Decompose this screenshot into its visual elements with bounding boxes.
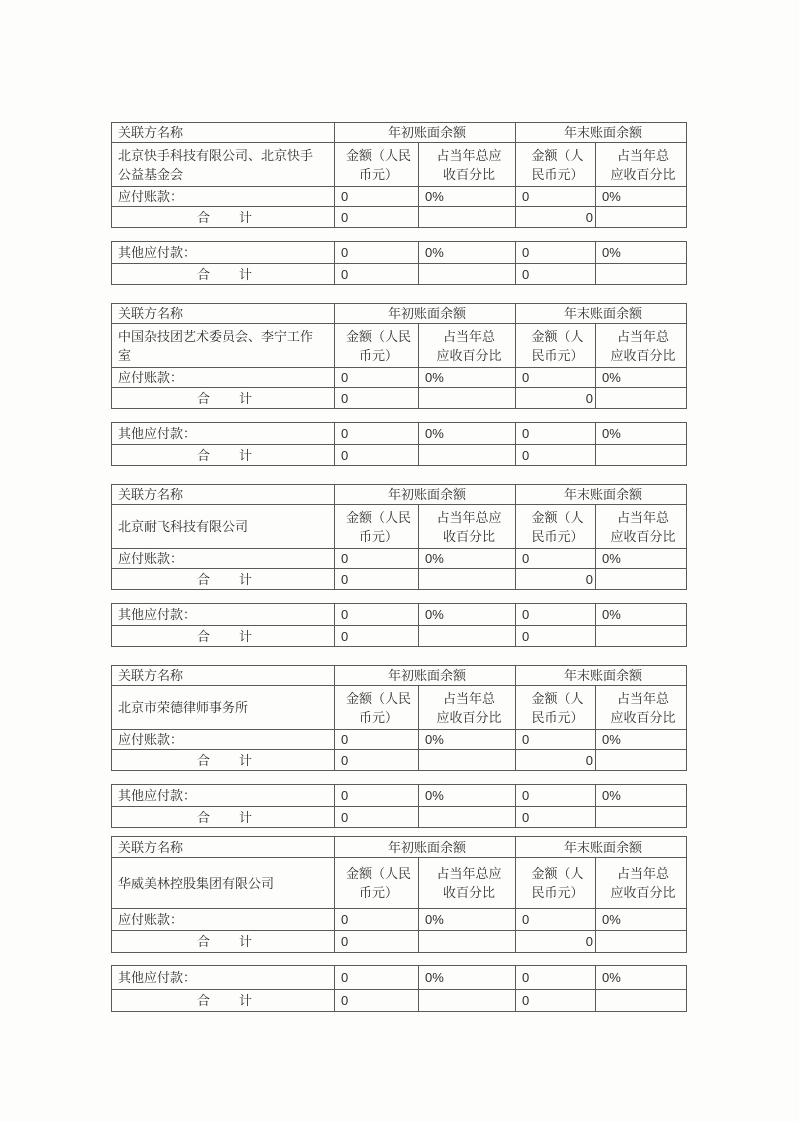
- total-label: 合 计: [112, 207, 335, 228]
- company-name: 北京市荣德律师事务所: [112, 686, 335, 730]
- ending-balance-header: 年末账面余额: [516, 123, 687, 143]
- accounts-payable-label: 应付账款：: [112, 368, 335, 388]
- other-payables-sub-table: 其他应付款： 0 0% 0 0% 合 计 0 0: [111, 965, 687, 1012]
- company-name: 北京耐飞科技有限公司: [112, 505, 335, 549]
- other-payables-end-percent: 0%: [596, 423, 687, 445]
- accounts-payable-total-end-amount: 0: [516, 569, 596, 590]
- ending-balance-header: 年末账面余额: [516, 485, 687, 505]
- begin-amount-column-header: 金额（人民 币元）: [335, 143, 419, 187]
- other-payables-begin-amount: 0: [335, 242, 419, 264]
- accounts-payable-row: 应付账款： 0 0% 0 0%: [112, 187, 687, 207]
- other-payables-total-end-amount: 0: [516, 626, 596, 647]
- accounts-payable-end-percent: 0%: [596, 187, 687, 207]
- accounts-payable-total-end-amount: 0: [516, 388, 596, 409]
- end-percent-column-header: 占当年总 应收百分比: [596, 505, 687, 549]
- empty-cell: [596, 445, 687, 466]
- other-payables-end-amount: 0: [516, 242, 596, 264]
- header-row-2: 中国杂技团艺术委员会、李宁工作 室 金额（人民 币元） 占当年总 应收百分比 金…: [112, 324, 687, 368]
- header-row-1: 关联方名称 年初账面余额 年末账面余额: [112, 837, 687, 858]
- total-label: 合 计: [112, 807, 335, 828]
- empty-cell: [596, 990, 687, 1012]
- begin-amount-column-header: 金额（人民 币元）: [335, 858, 419, 909]
- other-payables-begin-percent: 0%: [419, 604, 516, 626]
- accounts-payable-begin-amount: 0: [335, 549, 419, 569]
- total-label: 合 计: [112, 990, 335, 1012]
- other-payables-total-end-amount: 0: [516, 445, 596, 466]
- accounts-payable-total-end-amount: 0: [516, 750, 596, 771]
- accounts-payable-total-begin-amount: 0: [335, 569, 419, 590]
- other-payables-end-percent: 0%: [596, 604, 687, 626]
- other-payables-total-row: 合 计 0 0: [112, 626, 687, 647]
- accounts-payable-begin-amount: 0: [335, 187, 419, 207]
- accounts-payable-total-begin-amount: 0: [335, 388, 419, 409]
- end-percent-column-header: 占当年总 应收百分比: [596, 324, 687, 368]
- other-payables-total-begin-amount: 0: [335, 445, 419, 466]
- other-payables-row: 其他应付款： 0 0% 0 0%: [112, 604, 687, 626]
- ending-balance-header: 年末账面余额: [516, 666, 687, 686]
- other-payables-label: 其他应付款：: [112, 423, 335, 445]
- empty-cell: [419, 445, 516, 466]
- related-party-main-table: 关联方名称 年初账面余额 年末账面余额 北京快手科技有限公司、北京快手 公益基金…: [111, 122, 687, 228]
- empty-cell: [596, 388, 687, 409]
- begin-amount-column-header: 金额（人民 币元）: [335, 505, 419, 549]
- other-payables-total-end-amount: 0: [516, 807, 596, 828]
- accounts-payable-begin-percent: 0%: [419, 368, 516, 388]
- end-amount-column-header: 金额（人 民币元）: [516, 686, 596, 730]
- empty-cell: [419, 931, 516, 953]
- other-payables-row: 其他应付款： 0 0% 0 0%: [112, 966, 687, 990]
- empty-cell: [419, 750, 516, 771]
- other-payables-begin-amount: 0: [335, 423, 419, 445]
- accounts-payable-total-begin-amount: 0: [335, 931, 419, 953]
- empty-cell: [596, 807, 687, 828]
- total-label: 合 计: [112, 750, 335, 771]
- header-row-1: 关联方名称 年初账面余额 年末账面余额: [112, 123, 687, 143]
- end-amount-column-header: 金额（人 民币元）: [516, 505, 596, 549]
- accounts-payable-total-row: 合 计 0 0: [112, 931, 687, 953]
- accounts-payable-begin-amount: 0: [335, 909, 419, 931]
- begin-percent-column-header: 占当年总 应收百分比: [419, 686, 516, 730]
- accounts-payable-end-percent: 0%: [596, 730, 687, 750]
- empty-cell: [419, 207, 516, 228]
- other-payables-row: 其他应付款： 0 0% 0 0%: [112, 785, 687, 807]
- accounts-payable-row: 应付账款： 0 0% 0 0%: [112, 368, 687, 388]
- end-percent-column-header: 占当年总 应收百分比: [596, 686, 687, 730]
- accounts-payable-total-begin-amount: 0: [335, 750, 419, 771]
- end-amount-column-header: 金额（人 民币元）: [516, 324, 596, 368]
- beginning-balance-header: 年初账面余额: [335, 666, 516, 686]
- begin-percent-column-header: 占当年总应 收百分比: [419, 143, 516, 187]
- header-row-2: 北京耐飞科技有限公司 金额（人民 币元） 占当年总应 收百分比 金额（人 民币元…: [112, 505, 687, 549]
- other-payables-total-begin-amount: 0: [335, 807, 419, 828]
- other-payables-total-begin-amount: 0: [335, 626, 419, 647]
- related-party-main-table: 关联方名称 年初账面余额 年末账面余额 北京市荣德律师事务所 金额（人民 币元）…: [111, 665, 687, 771]
- related-party-main-table: 关联方名称 年初账面余额 年末账面余额 北京耐飞科技有限公司 金额（人民 币元）…: [111, 484, 687, 590]
- header-row-2: 北京市荣德律师事务所 金额（人民 币元） 占当年总 应收百分比 金额（人 民币元…: [112, 686, 687, 730]
- other-payables-total-begin-amount: 0: [335, 264, 419, 285]
- empty-cell: [596, 207, 687, 228]
- empty-cell: [419, 626, 516, 647]
- begin-percent-column-header: 占当年总应 收百分比: [419, 505, 516, 549]
- other-payables-total-row: 合 计 0 0: [112, 990, 687, 1012]
- total-label: 合 计: [112, 569, 335, 590]
- accounts-payable-end-percent: 0%: [596, 909, 687, 931]
- other-payables-end-amount: 0: [516, 785, 596, 807]
- other-payables-total-row: 合 计 0 0: [112, 445, 687, 466]
- other-payables-end-amount: 0: [516, 423, 596, 445]
- other-payables-end-percent: 0%: [596, 242, 687, 264]
- empty-cell: [419, 807, 516, 828]
- accounts-payable-row: 应付账款： 0 0% 0 0%: [112, 909, 687, 931]
- total-label: 合 计: [112, 931, 335, 953]
- other-payables-total-row: 合 计 0 0: [112, 807, 687, 828]
- empty-cell: [596, 931, 687, 953]
- other-payables-total-end-amount: 0: [516, 264, 596, 285]
- other-payables-total-begin-amount: 0: [335, 990, 419, 1012]
- begin-amount-column-header: 金额（人民 币元）: [335, 686, 419, 730]
- header-row-2: 华威美林控股集团有限公司 金额（人民 币元） 占当年总应 收百分比 金额（人 民…: [112, 858, 687, 909]
- other-payables-begin-percent: 0%: [419, 966, 516, 990]
- total-label: 合 计: [112, 445, 335, 466]
- related-party-block: 关联方名称 年初账面余额 年末账面余额 华威美林控股集团有限公司 金额（人民 币…: [111, 836, 686, 1012]
- related-party-name-label: 关联方名称: [112, 485, 335, 505]
- other-payables-label: 其他应付款：: [112, 242, 335, 264]
- accounts-payable-end-amount: 0: [516, 187, 596, 207]
- other-payables-begin-amount: 0: [335, 785, 419, 807]
- related-party-name-label: 关联方名称: [112, 304, 335, 324]
- accounts-payable-begin-percent: 0%: [419, 909, 516, 931]
- begin-percent-column-header: 占当年总 应收百分比: [419, 324, 516, 368]
- other-payables-end-amount: 0: [516, 966, 596, 990]
- other-payables-row: 其他应付款： 0 0% 0 0%: [112, 423, 687, 445]
- other-payables-end-percent: 0%: [596, 966, 687, 990]
- accounts-payable-total-end-amount: 0: [516, 207, 596, 228]
- other-payables-row: 其他应付款： 0 0% 0 0%: [112, 242, 687, 264]
- accounts-payable-end-percent: 0%: [596, 549, 687, 569]
- accounts-payable-label: 应付账款：: [112, 730, 335, 750]
- other-payables-sub-table: 其他应付款： 0 0% 0 0% 合 计 0 0: [111, 241, 687, 285]
- end-amount-column-header: 金额（人 民币元）: [516, 143, 596, 187]
- related-party-block: 关联方名称 年初账面余额 年末账面余额 北京市荣德律师事务所 金额（人民 币元）…: [111, 665, 686, 828]
- related-party-name-label: 关联方名称: [112, 666, 335, 686]
- accounts-payable-begin-percent: 0%: [419, 549, 516, 569]
- accounts-payable-row: 应付账款： 0 0% 0 0%: [112, 549, 687, 569]
- empty-cell: [419, 569, 516, 590]
- total-label: 合 计: [112, 264, 335, 285]
- accounts-payable-end-amount: 0: [516, 909, 596, 931]
- other-payables-begin-percent: 0%: [419, 423, 516, 445]
- accounts-payable-total-row: 合 计 0 0: [112, 207, 687, 228]
- beginning-balance-header: 年初账面余额: [335, 837, 516, 858]
- empty-cell: [419, 990, 516, 1012]
- related-party-block: 关联方名称 年初账面余额 年末账面余额 中国杂技团艺术委员会、李宁工作 室 金额…: [111, 303, 686, 466]
- accounts-payable-label: 应付账款：: [112, 187, 335, 207]
- beginning-balance-header: 年初账面余额: [335, 485, 516, 505]
- end-amount-column-header: 金额（人 民币元）: [516, 858, 596, 909]
- empty-cell: [596, 569, 687, 590]
- other-payables-label: 其他应付款：: [112, 604, 335, 626]
- related-party-block: 关联方名称 年初账面余额 年末账面余额 北京快手科技有限公司、北京快手 公益基金…: [111, 122, 686, 285]
- header-row-1: 关联方名称 年初账面余额 年末账面余额: [112, 485, 687, 505]
- header-row-1: 关联方名称 年初账面余额 年末账面余额: [112, 304, 687, 324]
- company-name: 北京快手科技有限公司、北京快手 公益基金会: [112, 143, 335, 187]
- header-row-1: 关联方名称 年初账面余额 年末账面余额: [112, 666, 687, 686]
- other-payables-begin-percent: 0%: [419, 242, 516, 264]
- beginning-balance-header: 年初账面余额: [335, 123, 516, 143]
- begin-amount-column-header: 金额（人民 币元）: [335, 324, 419, 368]
- beginning-balance-header: 年初账面余额: [335, 304, 516, 324]
- accounts-payable-end-amount: 0: [516, 549, 596, 569]
- other-payables-sub-table: 其他应付款： 0 0% 0 0% 合 计 0 0: [111, 422, 687, 466]
- other-payables-begin-amount: 0: [335, 966, 419, 990]
- company-name: 中国杂技团艺术委员会、李宁工作 室: [112, 324, 335, 368]
- related-party-name-label: 关联方名称: [112, 837, 335, 858]
- begin-percent-column-header: 占当年总应 收百分比: [419, 858, 516, 909]
- related-party-name-label: 关联方名称: [112, 123, 335, 143]
- empty-cell: [596, 626, 687, 647]
- related-party-main-table: 关联方名称 年初账面余额 年末账面余额 华威美林控股集团有限公司 金额（人民 币…: [111, 836, 687, 953]
- ending-balance-header: 年末账面余额: [516, 304, 687, 324]
- total-label: 合 计: [112, 626, 335, 647]
- empty-cell: [419, 264, 516, 285]
- empty-cell: [596, 264, 687, 285]
- empty-cell: [596, 750, 687, 771]
- other-payables-sub-table: 其他应付款： 0 0% 0 0% 合 计 0 0: [111, 784, 687, 828]
- other-payables-label: 其他应付款：: [112, 785, 335, 807]
- accounts-payable-total-row: 合 计 0 0: [112, 388, 687, 409]
- accounts-payable-total-begin-amount: 0: [335, 207, 419, 228]
- end-percent-column-header: 占当年总 应收百分比: [596, 858, 687, 909]
- accounts-payable-total-row: 合 计 0 0: [112, 569, 687, 590]
- company-name: 华威美林控股集团有限公司: [112, 858, 335, 909]
- other-payables-total-end-amount: 0: [516, 990, 596, 1012]
- other-payables-end-percent: 0%: [596, 785, 687, 807]
- accounts-payable-begin-amount: 0: [335, 730, 419, 750]
- total-label: 合 计: [112, 388, 335, 409]
- header-row-2: 北京快手科技有限公司、北京快手 公益基金会 金额（人民 币元） 占当年总应 收百…: [112, 143, 687, 187]
- related-party-main-table: 关联方名称 年初账面余额 年末账面余额 中国杂技团艺术委员会、李宁工作 室 金额…: [111, 303, 687, 409]
- accounts-payable-label: 应付账款：: [112, 909, 335, 931]
- other-payables-sub-table: 其他应付款： 0 0% 0 0% 合 计 0 0: [111, 603, 687, 647]
- accounts-payable-begin-percent: 0%: [419, 730, 516, 750]
- ending-balance-header: 年末账面余额: [516, 837, 687, 858]
- empty-cell: [419, 388, 516, 409]
- other-payables-begin-percent: 0%: [419, 785, 516, 807]
- accounts-payable-total-row: 合 计 0 0: [112, 750, 687, 771]
- document-page: 关联方名称 年初账面余额 年末账面余额 北京快手科技有限公司、北京快手 公益基金…: [111, 122, 686, 1030]
- other-payables-label: 其他应付款：: [112, 966, 335, 990]
- accounts-payable-row: 应付账款： 0 0% 0 0%: [112, 730, 687, 750]
- accounts-payable-end-percent: 0%: [596, 368, 687, 388]
- related-party-block: 关联方名称 年初账面余额 年末账面余额 北京耐飞科技有限公司 金额（人民 币元）…: [111, 484, 686, 647]
- accounts-payable-end-amount: 0: [516, 368, 596, 388]
- other-payables-end-amount: 0: [516, 604, 596, 626]
- accounts-payable-end-amount: 0: [516, 730, 596, 750]
- accounts-payable-label: 应付账款：: [112, 549, 335, 569]
- end-percent-column-header: 占当年总 应收百分比: [596, 143, 687, 187]
- accounts-payable-begin-amount: 0: [335, 368, 419, 388]
- other-payables-begin-amount: 0: [335, 604, 419, 626]
- accounts-payable-total-end-amount: 0: [516, 931, 596, 953]
- other-payables-total-row: 合 计 0 0: [112, 264, 687, 285]
- accounts-payable-begin-percent: 0%: [419, 187, 516, 207]
